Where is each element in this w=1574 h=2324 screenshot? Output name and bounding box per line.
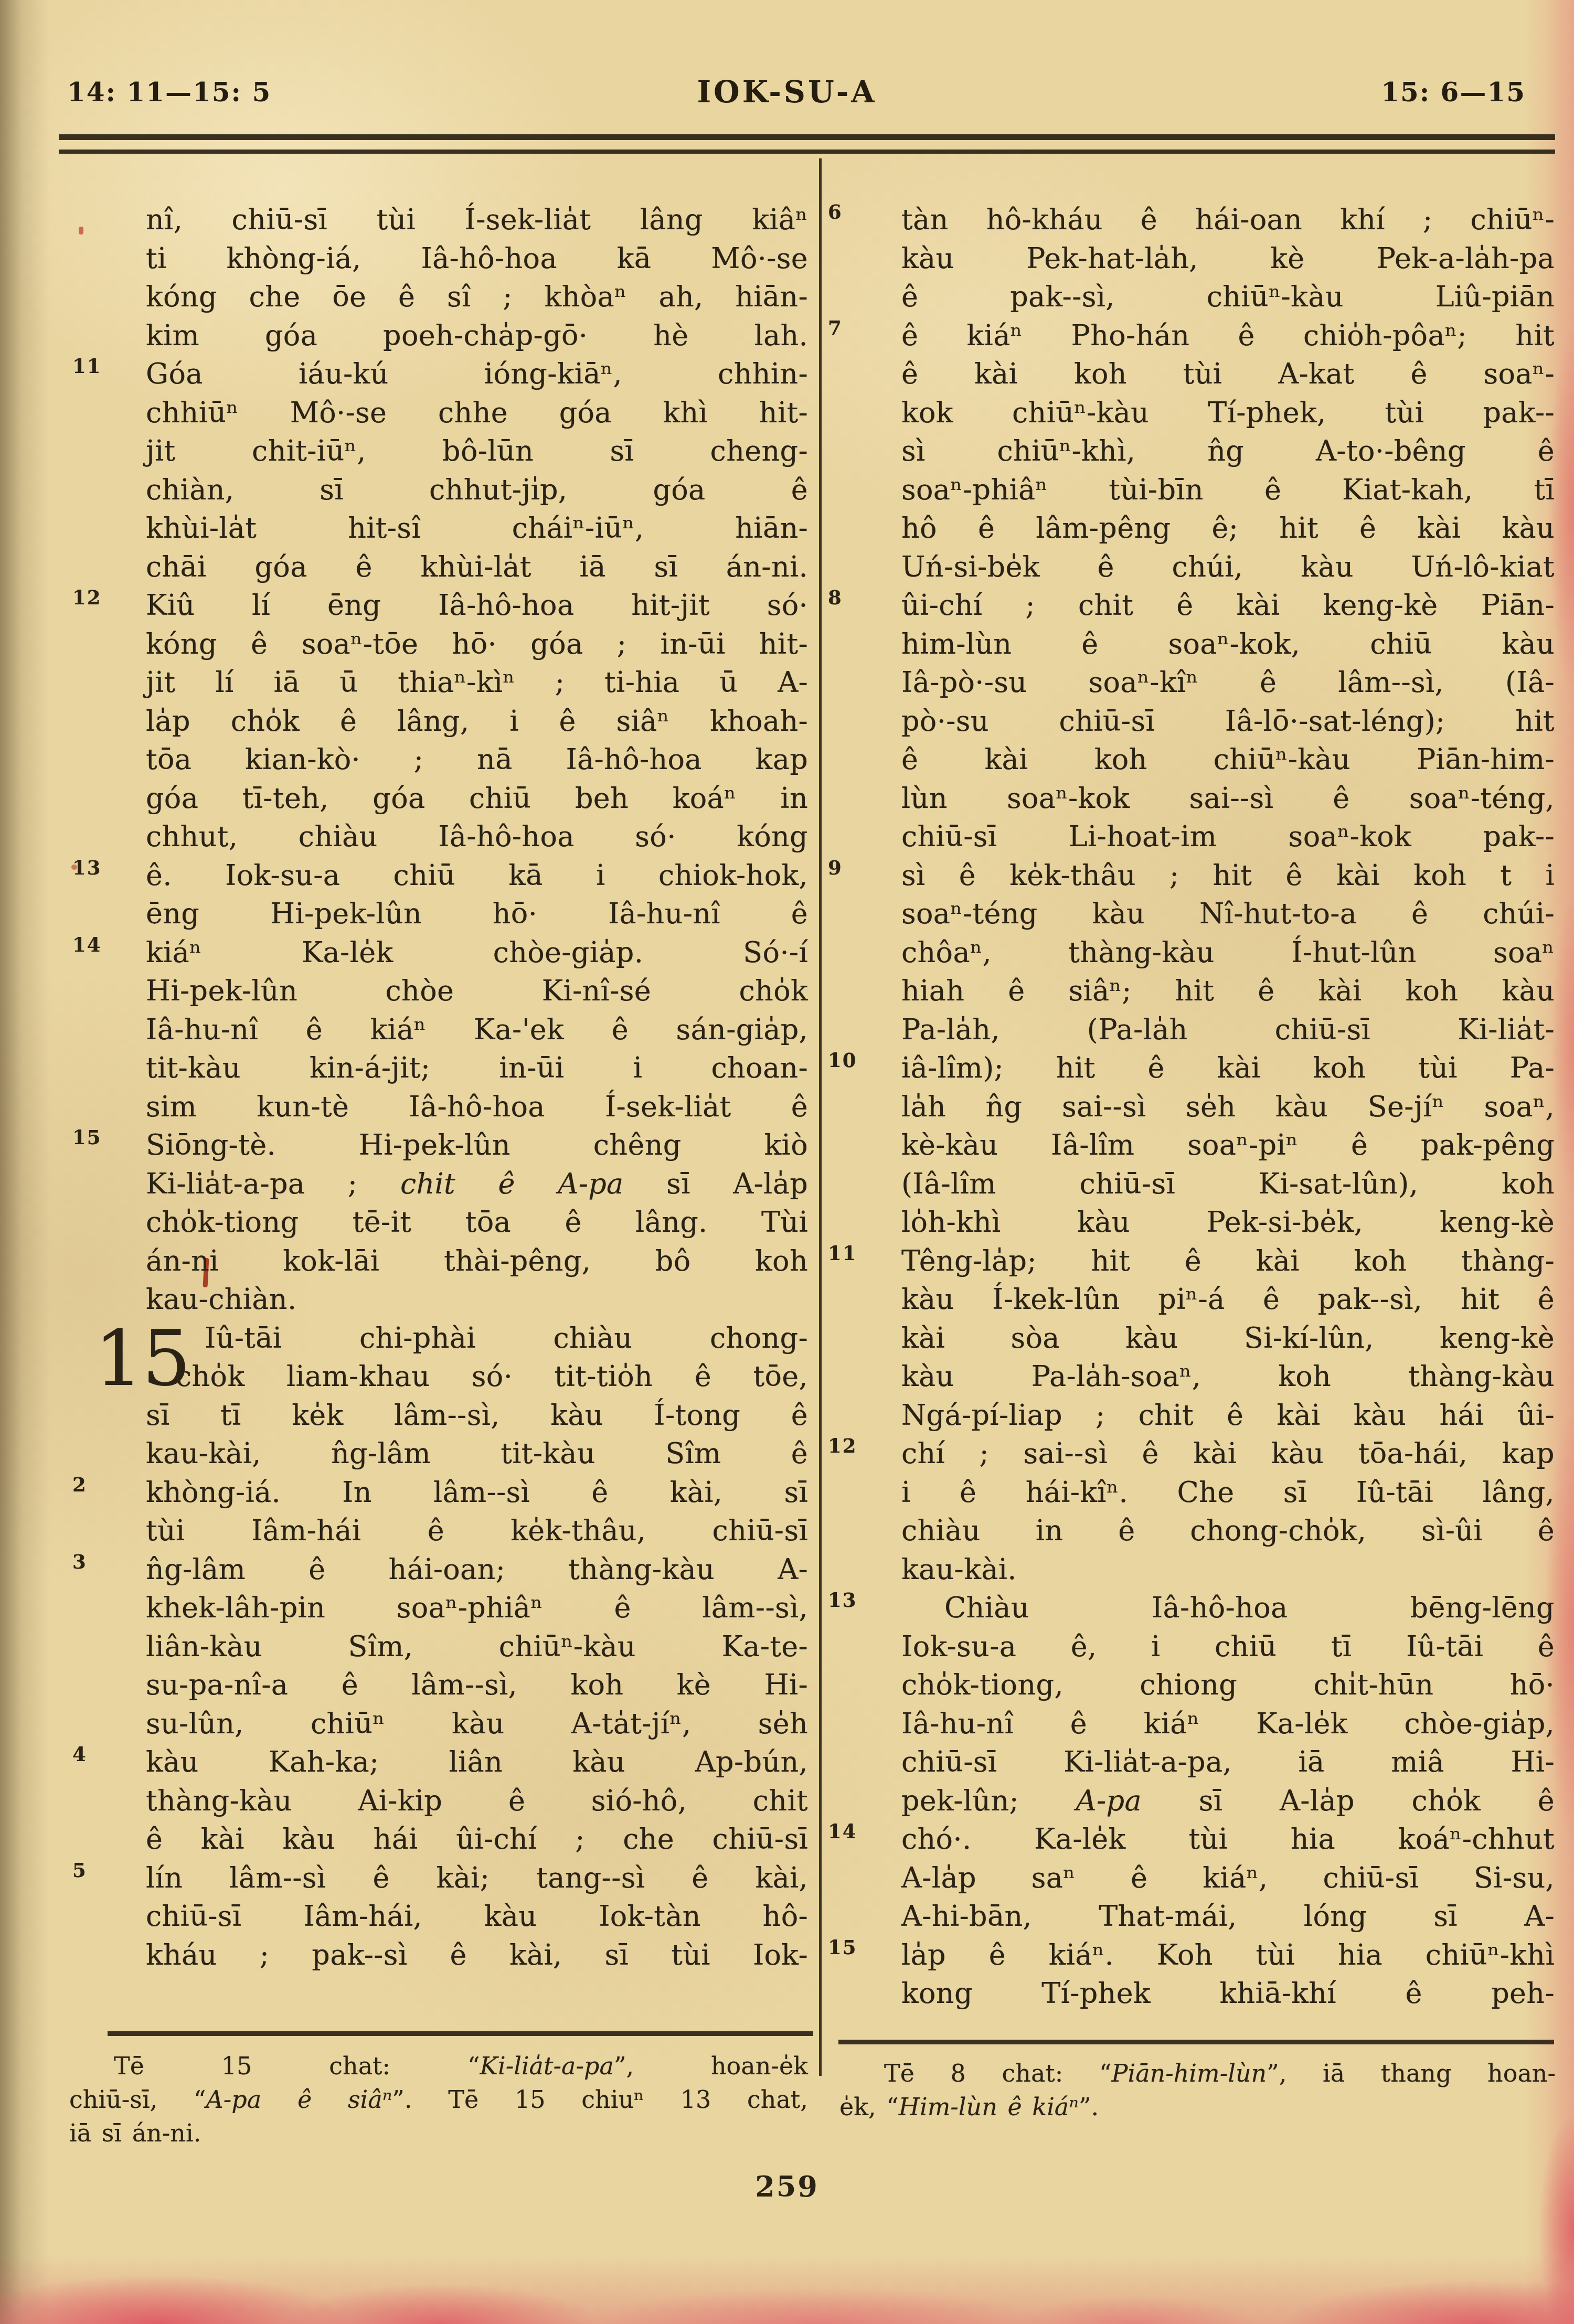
- body-text: chāi góa ê khùi-la̍t iā sī án-ni.: [146, 550, 808, 583]
- text-line: su-pa-nî-a ê lâm--sì, koh kè Hi-: [146, 1666, 808, 1704]
- body-text: sī tī ke̍k lâm--sì, kàu Í-tong ê: [146, 1399, 808, 1432]
- body-text: ûi-chí ; chit ê kài keng-kè Piān-: [901, 589, 1555, 622]
- body-text: khòng-iá. In lâm--sì ê kài, sī: [146, 1476, 808, 1509]
- text-line: 9sì ê ke̍k-thâu ; hit ê kài koh t i: [901, 856, 1555, 895]
- body-text: khùi-la̍t hit-sî cháiⁿ-iūⁿ, hiān-: [146, 511, 808, 545]
- body-text: i ê hái-kîⁿ. Che sī Iû-tāi lâng,: [901, 1476, 1555, 1509]
- body-text: chó·. Ka-le̍k tùi hia koáⁿ-chhut: [901, 1822, 1555, 1856]
- column-divider: [819, 158, 822, 2076]
- verse-number: 13: [72, 858, 125, 878]
- body-text: pek-lûn;: [901, 1784, 1076, 1817]
- text-line: kau-kài.: [901, 1550, 1555, 1589]
- body-text: ê kài kàu hái ûi-chí ; che chiū-sī: [146, 1822, 808, 1856]
- body-text: (Iâ-lîm chiū-sī Ki-sat-lûn), koh: [901, 1167, 1555, 1200]
- body-text: Iok-su-a ê, i chiū tī Iû-tāi ê: [901, 1630, 1555, 1663]
- verse-number: 5: [72, 1861, 125, 1880]
- body-text: Iâ-hu-nî ê kiáⁿ Ka-le̍k chòe-gia̍p,: [901, 1707, 1555, 1740]
- text-line: kau-kài, n̂g-lâm tit-kàu Sîm ê: [146, 1434, 808, 1473]
- text-line: ēng Hi-pek-lûn hō· Iâ-hu-nî ê: [146, 894, 808, 933]
- text-line: 3n̂g-lâm ê hái-oan; thàng-kàu A-: [146, 1550, 808, 1589]
- body-text: ti khòng-iá, Iâ-hô-hoa kā Mô·-se: [146, 242, 808, 275]
- text-line: soaⁿ-phiâⁿ tùi-bīn ê Kiat-kah, tī: [901, 471, 1555, 509]
- italic-text: Piān-him-lùn: [1111, 2059, 1267, 2087]
- verse-number: 10: [828, 1051, 880, 1070]
- verse-number: 7: [828, 318, 880, 338]
- body-text: chiàu in ê chong-cho̍k, sì-ûi ê: [901, 1514, 1555, 1547]
- page-gutter-shadow: [0, 0, 50, 2324]
- body-text: cho̍k-tiong, chiong chi̍t-hūn hō·: [901, 1668, 1555, 1701]
- body-text: chiàn, sī chhut-ji̍p, góa ê: [146, 473, 808, 506]
- footnote-line: Tē 8 chat: “Piān-him-lùn”, iā thang hoan…: [839, 2056, 1556, 2090]
- verse-number: 11: [828, 1244, 880, 1263]
- body-text: chhiūⁿ Mô·-se chhe góa khì hit-: [146, 396, 808, 429]
- text-line: 11Góa iáu-kú ióng-kiāⁿ, chhin-: [146, 355, 808, 393]
- body-text: kàu Kah-ka; liân kàu Ap-bún,: [146, 1745, 808, 1778]
- body-text: su-lûn, chiūⁿ kàu A-ta̍t-jíⁿ, se̍h: [146, 1707, 808, 1740]
- text-line: i ê hái-kîⁿ. Che sī Iû-tāi lâng,: [901, 1473, 1555, 1512]
- left-footnote-rule: [108, 2031, 813, 2036]
- page-number: 259: [0, 2170, 1574, 2203]
- body-text: kok chiūⁿ-kàu Tí-phek, tùi pak--: [901, 396, 1555, 429]
- body-text: Iâ-pò·-su soaⁿ-kîⁿ ê lâm--sì, (Iâ-: [901, 666, 1555, 699]
- body-text: him-lùn ê soaⁿ-kok, chiū kàu: [901, 627, 1555, 660]
- body-text: góa tī-teh, góa chiū beh koáⁿ in: [146, 782, 808, 815]
- body-text: kài sòa kàu Si-kí-lûn, keng-kè: [901, 1321, 1555, 1355]
- body-text: la̍h n̂g sai--sì se̍h kàu Se-jíⁿ soaⁿ,: [901, 1090, 1555, 1123]
- text-line: 6tàn hô-kháu ê hái-oan khí ; chiūⁿ-: [901, 200, 1555, 239]
- body-text: Kiû lí ēng Iâ-hô-hoa hit-jit só·: [146, 589, 808, 622]
- footnote-line: Tē 15 chat: “Ki-lia̍t-a-pa”, hoan-e̍k: [69, 2049, 808, 2083]
- italic-text: Him-lùn ê kiáⁿ: [899, 2093, 1079, 2121]
- verse-number: 8: [828, 588, 880, 607]
- text-line: ê kài koh tùi A-kat ê soaⁿ-: [901, 355, 1555, 393]
- text-line: 8ûi-chí ; chit ê kài keng-kè Piān-: [901, 586, 1555, 625]
- text-line: jit lí iā ū thiaⁿ-kìⁿ ; ti-hia ū A-: [146, 663, 808, 702]
- text-line: kàu Í-kek-lûn piⁿ-á ê pak--sì, hit ê: [901, 1280, 1555, 1319]
- text-line: kóng ê soaⁿ-tōe hō· góa ; in-ūi hit-: [146, 625, 808, 664]
- text-line: chiū-sī Iâm-hái, kàu Iok-tàn hô-: [146, 1897, 808, 1936]
- text-line: thàng-kàu Ai-kip ê sió-hô, chit: [146, 1782, 808, 1820]
- body-text: la̍p ê kiáⁿ. Koh tùi hia chiūⁿ-khì: [901, 1938, 1555, 1971]
- verse-number: 12: [828, 1436, 880, 1456]
- text-line: 2khòng-iá. In lâm--sì ê kài, sī: [146, 1473, 808, 1512]
- text-line: tùi Iâm-hái ê ke̍k-thâu, chiū-sī: [146, 1511, 808, 1550]
- body-text: ê pak--sì, chiūⁿ-kàu Liû-piān: [901, 280, 1555, 313]
- body-text: sì ê ke̍k-thâu ; hit ê kài koh t i: [901, 859, 1555, 892]
- footnote-line: chiū-sī, “A-pa ê siâⁿ”. Tē 15 chiuⁿ 13 c…: [69, 2083, 808, 2116]
- body-text: n̂g-lâm ê hái-oan; thàng-kàu A-: [146, 1553, 808, 1586]
- body-text: khek-lâh-pin soaⁿ-phiâⁿ ê lâm--sì,: [146, 1591, 808, 1624]
- body-text: kóng ê soaⁿ-tōe hō· góa ; in-ūi hit-: [146, 627, 808, 660]
- body-text: Uń-si-be̍k ê chúi, kàu Uń-lô-kiat: [901, 550, 1555, 583]
- body-text: la̍p cho̍k ê lâng, i ê siâⁿ khoah-: [146, 705, 808, 738]
- text-line: sim kun-tè Iâ-hô-hoa Í-sek-lia̍t ê: [146, 1088, 808, 1126]
- body-text: A-hi-bān, That-mái, lóng sī A-: [901, 1900, 1555, 1933]
- text-line: pò·-su chiū-sī Iâ-lō·-sat-léng); hit: [901, 702, 1555, 741]
- body-text: chhut, chiàu Iâ-hô-hoa só· kóng: [146, 820, 808, 853]
- body-text: hiah ê siâⁿ; hit ê kài koh kàu: [901, 974, 1555, 1007]
- italic-text: chit ê A-pa: [400, 1167, 624, 1200]
- body-text: chiū-sī Iâm-hái, kàu Iok-tàn hô-: [146, 1900, 808, 1933]
- right-text-column: 6tàn hô-kháu ê hái-oan khí ; chiūⁿ-kàu P…: [901, 200, 1555, 2013]
- body-text: Ki-lia̍t-a-pa ;: [146, 1167, 400, 1200]
- body-text: Siōng-tè. Hi-pek-lûn chêng kiò: [146, 1128, 808, 1161]
- text-line: chôaⁿ, thàng-kàu Í-hut-lûn soaⁿ: [901, 933, 1555, 972]
- text-line: sì chiūⁿ-khì, n̂g A-to·-bêng ê: [901, 432, 1555, 471]
- body-text: A-la̍p saⁿ ê kiáⁿ, chiū-sī Si-su,: [901, 1861, 1555, 1894]
- body-text: thàng-kàu Ai-kip ê sió-hô, chit: [146, 1784, 808, 1817]
- text-line: 10iâ-lîm); hit ê kài koh tùi Pa-: [901, 1049, 1555, 1088]
- body-text: ê kài koh chiūⁿ-kàu Piān-him-: [901, 743, 1555, 776]
- text-line: hô ê lâm-pêng ê; hit ê kài kàu: [901, 509, 1555, 548]
- italic-text: Ki-lia̍t-a-pa: [480, 2052, 614, 2080]
- body-text: kim góa poeh-cha̍p-gō· hè lah.: [146, 319, 808, 352]
- body-text: kè-kàu Iâ-lîm soaⁿ-piⁿ ê pak-pêng: [901, 1128, 1555, 1161]
- body-text: chiū-sī, “: [69, 2085, 206, 2114]
- left-text-column: nî, chiū-sī tùi Í-sek-lia̍t lâng kiâⁿti …: [146, 200, 808, 1974]
- header-double-rule: [59, 134, 1555, 154]
- text-line: Iok-su-a ê, i chiū tī Iû-tāi ê: [901, 1627, 1555, 1666]
- text-line: chiàn, sī chhut-ji̍p, góa ê: [146, 471, 808, 509]
- text-line: kok chiūⁿ-kàu Tí-phek, tùi pak--: [901, 393, 1555, 432]
- text-line: Iâ-pò·-su soaⁿ-kîⁿ ê lâm--sì, (Iâ-: [901, 663, 1555, 702]
- text-line: ê kài kàu hái ûi-chí ; che chiū-sī: [146, 1820, 808, 1859]
- text-line: án-ni kok-lāi thài-pêng, bô koh: [146, 1242, 808, 1281]
- text-line: hiah ê siâⁿ; hit ê kài koh kàu: [901, 972, 1555, 1010]
- header-verse-range-right: 15: 6—15: [1381, 77, 1526, 108]
- verse-number: 11: [72, 357, 125, 376]
- left-footnote: Tē 15 chat: “Ki-lia̍t-a-pa”, hoan-e̍kchi…: [69, 2049, 808, 2150]
- verse-number: 9: [828, 858, 880, 878]
- text-line: lo̍h-khì kàu Pek-si-be̍k, keng-kè: [901, 1203, 1555, 1242]
- body-text: kiáⁿ Ka-le̍k chòe-gia̍p. Só·-í: [146, 936, 808, 969]
- text-line: (Iâ-lîm chiū-sī Ki-sat-lûn), koh: [901, 1165, 1555, 1203]
- body-text: ê kiáⁿ Pho-hán ê chio̍h-pôaⁿ; hit: [901, 319, 1555, 352]
- verse-number: 6: [828, 202, 880, 222]
- body-text: cho̍k liam-khau só· tit-tio̍h ê tōe,: [176, 1360, 808, 1393]
- text-line: chhiūⁿ Mô·-se chhe góa khì hit-: [146, 393, 808, 432]
- body-text: chôaⁿ, thàng-kàu Í-hut-lûn soaⁿ: [901, 936, 1555, 969]
- body-text: ”, iā thang hoan-: [1267, 2059, 1556, 2087]
- text-line: chiū-sī Ki-lia̍t-a-pa, iā miâ Hi-: [901, 1743, 1555, 1782]
- text-line: 13Chiàu Iâ-hô-hoa bēng-lēng: [901, 1589, 1555, 1627]
- text-line: Iâ-hu-nî ê kiáⁿ Ka-le̍k chòe-gia̍p,: [901, 1704, 1555, 1743]
- text-line: ê kài koh chiūⁿ-kàu Piān-him-: [901, 740, 1555, 779]
- body-text: Chiàu Iâ-hô-hoa bēng-lēng: [944, 1591, 1555, 1624]
- text-line: kháu ; pak--sì ê kài, sī tùi Iok-: [146, 1936, 808, 1975]
- body-text: iâ-lîm); hit ê kài koh tùi Pa-: [901, 1051, 1555, 1084]
- text-line: kau-chiàn.: [146, 1280, 808, 1319]
- body-text: Hi-pek-lûn chòe Ki-nî-sé cho̍k: [146, 974, 808, 1007]
- text-line: Iâ-hu-nî ê kiáⁿ Ka-'ek ê sán-gia̍p,: [146, 1010, 808, 1049]
- text-line: him-lùn ê soaⁿ-kok, chiū kàu: [901, 625, 1555, 664]
- text-line: jit chit-iūⁿ, bô-lūn sī cheng-: [146, 432, 808, 471]
- text-line: su-lûn, chiūⁿ kàu A-ta̍t-jíⁿ, se̍h: [146, 1704, 808, 1743]
- text-line: 7ê kiáⁿ Pho-hán ê chio̍h-pôaⁿ; hit: [901, 316, 1555, 355]
- text-line: chiàu in ê chong-cho̍k, sì-ûi ê: [901, 1511, 1555, 1550]
- body-text: kau-kài.: [901, 1553, 1017, 1586]
- book-title: IOK-SU-A: [0, 74, 1574, 110]
- body-text: jit chit-iūⁿ, bô-lūn sī cheng-: [146, 434, 808, 467]
- body-text: ”. Tē 15 chiuⁿ 13 chat,: [392, 2085, 808, 2114]
- text-line: 4kàu Kah-ka; liân kàu Ap-bún,: [146, 1743, 808, 1782]
- body-text: kau-kài, n̂g-lâm tit-kàu Sîm ê: [146, 1437, 808, 1470]
- text-line: 15Iû-tāi chi-phài chiàu chong-: [146, 1319, 808, 1358]
- body-text: nî, chiū-sī tùi Í-sek-lia̍t lâng kiâⁿ: [146, 203, 808, 236]
- body-text: kháu ; pak--sì ê kài, sī tùi Iok-: [146, 1938, 808, 1971]
- body-text: sim kun-tè Iâ-hô-hoa Í-sek-lia̍t ê: [146, 1090, 808, 1123]
- text-line: kài sòa kàu Si-kí-lûn, keng-kè: [901, 1319, 1555, 1358]
- verse-number: 14: [828, 1822, 880, 1841]
- verse-number: 3: [72, 1552, 125, 1572]
- text-line: cho̍k-tiong, chiong chi̍t-hūn hō·: [901, 1666, 1555, 1704]
- text-line: Ngá-pí-liap ; chit ê kài kàu hái ûi-: [901, 1396, 1555, 1435]
- text-line: Uń-si-be̍k ê chúi, kàu Uń-lô-kiat: [901, 548, 1555, 587]
- body-text: tàn hô-kháu ê hái-oan khí ; chiūⁿ-: [901, 203, 1555, 236]
- text-line: kè-kàu Iâ-lîm soaⁿ-piⁿ ê pak-pêng: [901, 1126, 1555, 1165]
- body-text: ê. Iok-su-a chiū kā i chiok-hok,: [146, 859, 808, 892]
- text-line: góa tī-teh, góa chiū beh koáⁿ in: [146, 779, 808, 818]
- text-line: soaⁿ-téng kàu Nî-hut-to-a ê chúi-: [901, 894, 1555, 933]
- text-line: la̍p cho̍k ê lâng, i ê siâⁿ khoah-: [146, 702, 808, 741]
- body-text: lùn soaⁿ-kok sai--sì ê soaⁿ-téng,: [901, 782, 1555, 815]
- body-text: jit lí iā ū thiaⁿ-kìⁿ ; ti-hia ū A-: [146, 666, 808, 699]
- text-line: cho̍k-tiong tē-it tōa ê lâng. Tùi: [146, 1203, 808, 1242]
- verse-number: 4: [72, 1745, 125, 1764]
- text-line: kàu Pa-la̍h-soaⁿ, koh thàng-kàu: [901, 1357, 1555, 1396]
- body-text: tōa kian-kò· ; nā Iâ-hô-hoa kap: [146, 743, 808, 776]
- body-text: kóng che ōe ê sî ; khòaⁿ ah, hiān-: [146, 280, 808, 313]
- text-line: cho̍k liam-khau só· tit-tio̍h ê tōe,: [146, 1357, 808, 1396]
- text-line: tit-kàu kin-á-jit; in-ūi i choan-: [146, 1049, 808, 1088]
- text-line: kóng che ōe ê sî ; khòaⁿ ah, hiān-: [146, 278, 808, 316]
- body-text: Ngá-pí-liap ; chit ê kài kàu hái ûi-: [901, 1399, 1555, 1432]
- body-text: pò·-su chiū-sī Iâ-lō·-sat-léng); hit: [901, 705, 1555, 738]
- right-footnote: Tē 8 chat: “Piān-him-lùn”, iā thang hoan…: [839, 2056, 1556, 2124]
- body-text: lín lâm--sì ê kài; tang--sì ê kài,: [146, 1861, 808, 1894]
- body-text: ”.: [1079, 2093, 1099, 2121]
- text-line: chāi góa ê khùi-la̍t iā sī án-ni.: [146, 548, 808, 587]
- body-text: su-pa-nî-a ê lâm--sì, koh kè Hi-: [146, 1668, 808, 1701]
- footnote-line: iā sī án-ni.: [69, 2116, 808, 2150]
- verse-number: 2: [72, 1475, 125, 1495]
- text-line: tōa kian-kò· ; nā Iâ-hô-hoa kap: [146, 740, 808, 779]
- body-text: tit-kàu kin-á-jit; in-ūi i choan-: [146, 1051, 808, 1084]
- body-text: lo̍h-khì kàu Pek-si-be̍k, keng-kè: [901, 1206, 1555, 1239]
- text-line: Hi-pek-lûn chòe Ki-nî-sé cho̍k: [146, 972, 808, 1010]
- text-line: liân-kàu Sîm, chiūⁿ-kàu Ka-te-: [146, 1627, 808, 1666]
- body-text: Góa iáu-kú ióng-kiāⁿ, chhin-: [146, 357, 808, 390]
- text-line: A-la̍p saⁿ ê kiáⁿ, chiū-sī Si-su,: [901, 1859, 1555, 1897]
- body-text: e̍k, “: [839, 2093, 899, 2121]
- red-speck: [79, 227, 83, 234]
- verse-number: 15: [72, 1128, 125, 1147]
- body-text: kàu Pa-la̍h-soaⁿ, koh thàng-kàu: [901, 1360, 1555, 1393]
- text-line: kong Tí-phek khiā-khí ê peh-: [901, 1974, 1555, 2013]
- body-text: hô ê lâm-pêng ê; hit ê kài kàu: [901, 511, 1555, 545]
- text-line: khek-lâh-pin soaⁿ-phiâⁿ ê lâm--sì,: [146, 1589, 808, 1627]
- body-text: Tē 8 chat: “: [884, 2059, 1111, 2087]
- text-line: nî, chiū-sī tùi Í-sek-lia̍t lâng kiâⁿ: [146, 200, 808, 239]
- body-text: kàu Pek-hat-la̍h, kè Pek-a-la̍h-pa: [901, 242, 1555, 275]
- body-text: Iû-tāi chi-phài chiàu chong-: [205, 1321, 808, 1355]
- text-line: 12chí ; sai--sì ê kài kàu tōa-hái, kap: [901, 1434, 1555, 1473]
- body-text: Tē 15 chat: “: [114, 2052, 480, 2080]
- book-page: 14: 11—15: 5 IOK-SU-A 15: 6—15 nî, chiū-…: [0, 0, 1574, 2324]
- body-text: sī A-la̍p cho̍k ê: [1142, 1784, 1555, 1817]
- body-text: liân-kàu Sîm, chiūⁿ-kàu Ka-te-: [146, 1630, 808, 1663]
- verse-number: 15: [828, 1938, 880, 1957]
- text-line: 5lín lâm--sì ê kài; tang--sì ê kài,: [146, 1859, 808, 1897]
- text-line: 15la̍p ê kiáⁿ. Koh tùi hia chiūⁿ-khì: [901, 1936, 1555, 1975]
- text-line: chhut, chiàu Iâ-hô-hoa só· kóng: [146, 817, 808, 856]
- text-line: khùi-la̍t hit-sî cháiⁿ-iūⁿ, hiān-: [146, 509, 808, 548]
- body-text: kong Tí-phek khiā-khí ê peh-: [901, 1977, 1555, 2010]
- body-text: Têng-la̍p; hit ê kài koh thàng-: [901, 1244, 1555, 1277]
- body-text: iā sī án-ni.: [69, 2119, 201, 2147]
- body-text: sī A-la̍p: [624, 1167, 808, 1200]
- text-line: 15Siōng-tè. Hi-pek-lûn chêng kiò: [146, 1126, 808, 1165]
- text-line: Pa-la̍h, (Pa-la̍h chiū-sī Ki-lia̍t-: [901, 1010, 1555, 1049]
- body-text: chiū-sī Ki-lia̍t-a-pa, iā miâ Hi-: [901, 1745, 1555, 1778]
- text-line: 12Kiû lí ēng Iâ-hô-hoa hit-jit só·: [146, 586, 808, 625]
- text-line: 11Têng-la̍p; hit ê kài koh thàng-: [901, 1242, 1555, 1281]
- verse-number: 13: [828, 1591, 880, 1610]
- verse-number: 14: [72, 935, 125, 955]
- text-line: 13ê. Iok-su-a chiū kā i chiok-hok,: [146, 856, 808, 895]
- body-text: ê kài koh tùi A-kat ê soaⁿ-: [901, 357, 1555, 390]
- body-text: sì chiūⁿ-khì, n̂g A-to·-bêng ê: [901, 434, 1555, 467]
- text-line: 14kiáⁿ Ka-le̍k chòe-gia̍p. Só·-í: [146, 933, 808, 972]
- italic-text: A-pa ê siâⁿ: [206, 2085, 392, 2114]
- text-line: kàu Pek-hat-la̍h, kè Pek-a-la̍h-pa: [901, 239, 1555, 278]
- stain-bottom-edge: [0, 2237, 1574, 2324]
- text-line: lùn soaⁿ-kok sai--sì ê soaⁿ-téng,: [901, 779, 1555, 818]
- body-text: ēng Hi-pek-lûn hō· Iâ-hu-nî ê: [146, 897, 808, 930]
- text-line: ti khòng-iá, Iâ-hô-hoa kā Mô·-se: [146, 239, 808, 278]
- text-line: pek-lûn; A-pa sī A-la̍p cho̍k ê: [901, 1782, 1555, 1820]
- italic-text: A-pa: [1076, 1784, 1142, 1817]
- text-line: ê pak--sì, chiūⁿ-kàu Liû-piān: [901, 278, 1555, 316]
- text-line: chiū-sī Li-hoat-im soaⁿ-kok pak--: [901, 817, 1555, 856]
- text-line: Ki-lia̍t-a-pa ; chit ê A-pa sī A-la̍p: [146, 1165, 808, 1203]
- footnote-line: e̍k, “Him-lùn ê kiáⁿ”.: [839, 2090, 1556, 2124]
- body-text: cho̍k-tiong tē-it tōa ê lâng. Tùi: [146, 1206, 808, 1239]
- body-text: kàu Í-kek-lûn piⁿ-á ê pak--sì, hit ê: [901, 1283, 1555, 1316]
- body-text: soaⁿ-téng kàu Nî-hut-to-a ê chúi-: [901, 897, 1555, 930]
- body-text: Pa-la̍h, (Pa-la̍h chiū-sī Ki-lia̍t-: [901, 1013, 1555, 1046]
- body-text: kau-chiàn.: [146, 1283, 296, 1316]
- body-text: chiū-sī Li-hoat-im soaⁿ-kok pak--: [901, 820, 1555, 853]
- body-text: soaⁿ-phiâⁿ tùi-bīn ê Kiat-kah, tī: [901, 473, 1555, 506]
- right-footnote-rule: [838, 2040, 1554, 2044]
- body-text: Iâ-hu-nî ê kiáⁿ Ka-'ek ê sán-gia̍p,: [146, 1013, 808, 1046]
- body-text: ”, hoan-e̍k: [614, 2052, 808, 2080]
- text-line: sī tī ke̍k lâm--sì, kàu Í-tong ê: [146, 1396, 808, 1435]
- body-text: án-ni kok-lāi thài-pêng, bô koh: [146, 1244, 808, 1277]
- body-text: tùi Iâm-hái ê ke̍k-thâu, chiū-sī: [146, 1514, 808, 1547]
- text-line: 14chó·. Ka-le̍k tùi hia koáⁿ-chhut: [901, 1820, 1555, 1859]
- body-text: chí ; sai--sì ê kài kàu tōa-hái, kap: [901, 1437, 1555, 1470]
- text-line: la̍h n̂g sai--sì se̍h kàu Se-jíⁿ soaⁿ,: [901, 1088, 1555, 1126]
- text-line: A-hi-bān, That-mái, lóng sī A-: [901, 1897, 1555, 1936]
- text-line: kim góa poeh-cha̍p-gō· hè lah.: [146, 316, 808, 355]
- verse-number: 12: [72, 588, 125, 607]
